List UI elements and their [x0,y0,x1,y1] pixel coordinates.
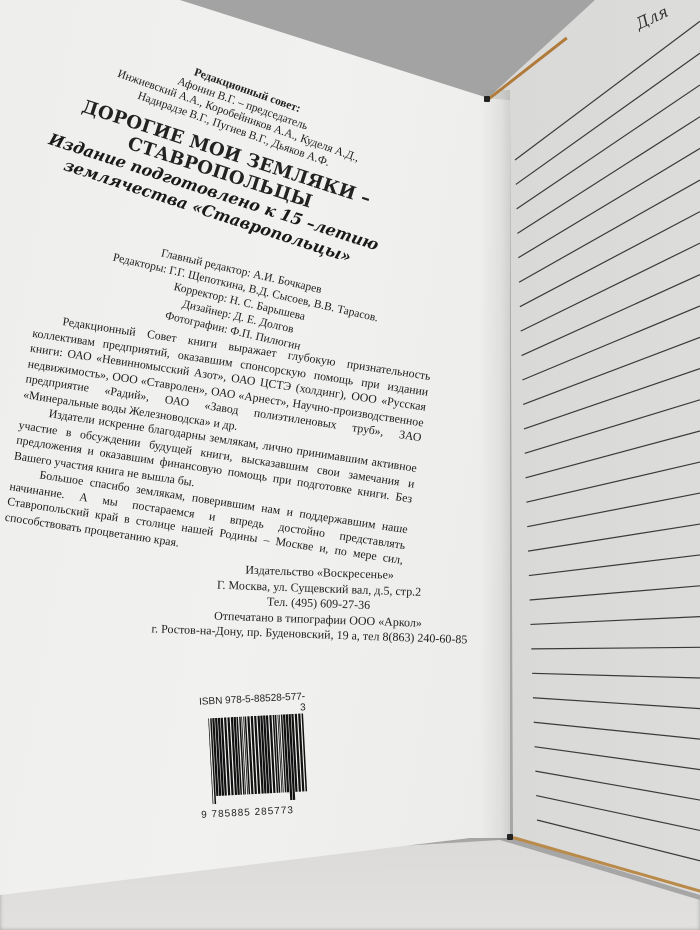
corner-mark [484,96,490,102]
imprint: Издательство «Воскресенье» Г. Москва, ул… [167,560,470,648]
barcode-icon [208,713,307,804]
gutter-shadow [480,90,510,840]
corner-mark [507,834,513,840]
isbn-barcode: ISBN 978-5-88528-577-3 9 785885 285773 [195,691,311,821]
